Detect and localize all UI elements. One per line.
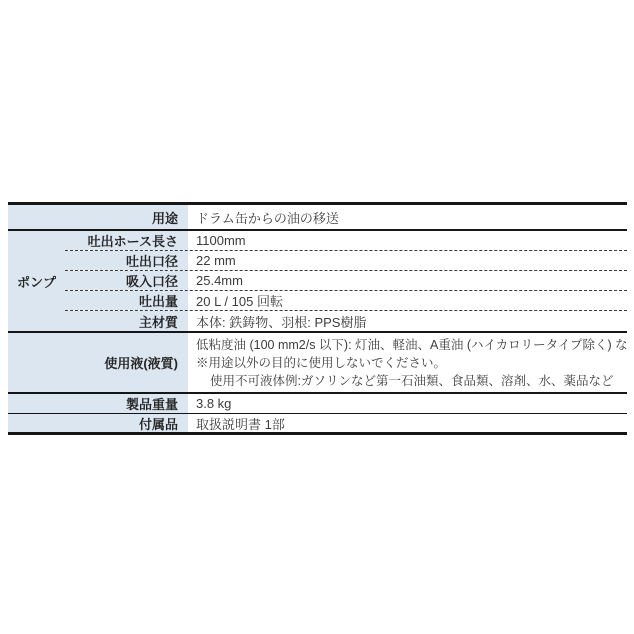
table-row-suction-diameter: 吸入口径 25.4mm — [65, 271, 627, 291]
table-row-main-material: 主材質 本体: 鉄鋳物、羽根: PPS樹脂 — [65, 311, 627, 331]
liquid-line-1: 低粘度油 (100 mm2/s 以下): 灯油、軽油、A重油 (ハイカロリータイ… — [196, 336, 627, 354]
table-row-hose-length: 吐出ホース長さ 1100mm — [65, 231, 627, 251]
row-header-liquid: 使用液(液質) — [8, 333, 188, 392]
table-row-discharge-diameter: 吐出口径 22 mm — [65, 251, 627, 271]
row-header-discharge-volume: 吐出量 — [65, 291, 188, 310]
row-value-weight: 3.8 kg — [188, 394, 627, 413]
row-value-accessory: 取扱説明書 1部 — [188, 414, 627, 432]
group-header-pump: ポンプ — [8, 231, 65, 331]
row-value-discharge-volume: 20 L / 105 回転 — [188, 291, 627, 310]
liquid-line-2: ※用途以外の目的に使用しないでください。 — [196, 354, 627, 372]
row-header-accessory: 付属品 — [8, 414, 188, 432]
spec-table: 用途 ドラム缶からの油の移送 ポンプ 吐出ホース長さ 1100mm 吐出口径 2… — [8, 202, 627, 435]
table-row-accessory: 付属品 取扱説明書 1部 — [8, 414, 627, 432]
row-value-liquid: 低粘度油 (100 mm2/s 以下): 灯油、軽油、A重油 (ハイカロリータイ… — [188, 333, 627, 392]
table-row-weight: 製品重量 3.8 kg — [8, 394, 627, 414]
row-value-discharge-diameter: 22 mm — [188, 251, 627, 270]
row-header-suction-diameter: 吸入口径 — [65, 271, 188, 290]
row-value-main-material: 本体: 鉄鋳物、羽根: PPS樹脂 — [188, 311, 627, 331]
pump-group: ポンプ 吐出ホース長さ 1100mm 吐出口径 22 mm 吸入口径 25.4m… — [8, 231, 627, 333]
page: 用途 ドラム缶からの油の移送 ポンプ 吐出ホース長さ 1100mm 吐出口径 2… — [0, 0, 634, 634]
row-header-discharge-diameter: 吐出口径 — [65, 251, 188, 270]
row-value-suction-diameter: 25.4mm — [188, 271, 627, 290]
row-value-hose-length: 1100mm — [188, 231, 627, 250]
row-header-main-material: 主材質 — [65, 311, 188, 331]
row-header-hose-length: 吐出ホース長さ — [65, 231, 188, 250]
table-row-usage: 用途 ドラム缶からの油の移送 — [8, 205, 627, 231]
row-header-usage: 用途 — [8, 205, 188, 229]
table-row-liquid: 使用液(液質) 低粘度油 (100 mm2/s 以下): 灯油、軽油、A重油 (… — [8, 333, 627, 394]
table-row-discharge-volume: 吐出量 20 L / 105 回転 — [65, 291, 627, 311]
pump-subrows: 吐出ホース長さ 1100mm 吐出口径 22 mm 吸入口径 25.4mm 吐出… — [65, 231, 627, 331]
row-header-weight: 製品重量 — [8, 394, 188, 413]
row-value-usage: ドラム缶からの油の移送 — [188, 205, 627, 229]
liquid-line-3: 使用不可液体例:ガソリンなど第一石油類、食品類、溶剤、水、薬品など — [196, 372, 627, 390]
